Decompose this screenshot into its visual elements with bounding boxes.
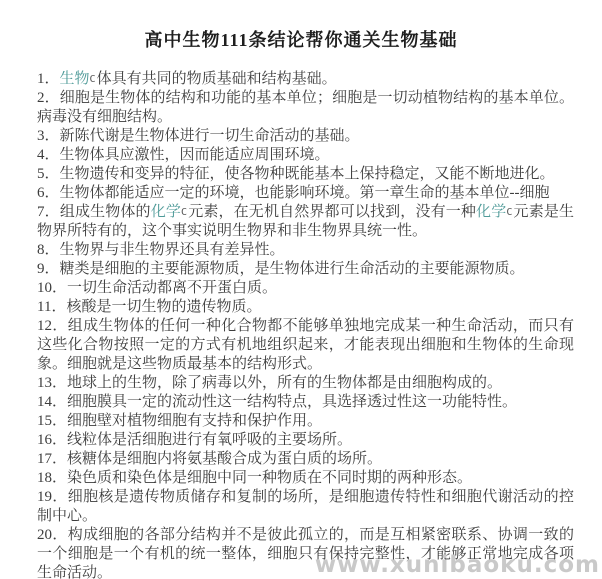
list-item-13: 13．地球上的生物，除了病毒以外，所有的生物体都是由细胞构成的。 xyxy=(37,374,574,393)
list-item-15: 15．细胞壁对植物细胞有支持和保护作用。 xyxy=(37,412,574,431)
keyword-link[interactable]: 生物 xyxy=(60,71,90,87)
item-text: 细胞核是遗传物质储存和复制的场所，是细胞遗传特性和细胞代谢活动的控制中心。 xyxy=(37,489,574,524)
list-item-16: 16．线粒体是活细胞进行有氧呼吸的主要场所。 xyxy=(37,431,574,450)
item-text: 组成生物体的任何一种化合物都不能够单独地完成某一种生命活动，而只有这些化合物按照… xyxy=(37,318,574,372)
keyword-link[interactable]: 化学 xyxy=(151,204,181,220)
item-text: 元素，在无机自然界都可以找到，没有一种 xyxy=(188,204,476,220)
keyword-link[interactable]: 化学 xyxy=(476,204,506,220)
item-number: 12． xyxy=(37,318,68,334)
item-text: 核酸是一切生物的遗传物质。 xyxy=(66,299,261,315)
item-number: 19． xyxy=(37,489,68,505)
item-number: 3． xyxy=(37,128,60,144)
item-text: 新陈代谢是生物体进行一切生命活动的基础。 xyxy=(60,128,360,144)
item-number: 6． xyxy=(37,185,60,201)
item-text: 细胞膜具一定的流动性这一结构特点，具选择透过性这一功能特性。 xyxy=(67,394,517,410)
item-number: 13． xyxy=(37,375,67,391)
list-item-17: 17．核糖体是细胞内将氨基酸合成为蛋白质的场所。 xyxy=(37,450,574,469)
list-item-11: 11．核酸是一切生物的遗传物质。 xyxy=(37,298,574,317)
list-item-1: 1．生物C体具有共同的物质基础和结构基础。 xyxy=(37,70,574,89)
list-item-6: 6．生物体都能适应一定的环境，也能影响环境。第一章生命的基本单位--细胞 xyxy=(37,184,574,203)
item-number: 10． xyxy=(37,280,67,296)
list-item-18: 18．染色质和染色体是细胞中同一种物质在不同时期的两种形态。 xyxy=(37,469,574,488)
item-number: 11． xyxy=(37,299,66,315)
item-text: 生物遗传和变异的特征，使各物种既能基本上保持稳定，又能不断地进化。 xyxy=(60,166,555,182)
item-text: 染色质和染色体是细胞中同一种物质在不同时期的两种形态。 xyxy=(67,470,472,486)
item-number: 7． xyxy=(37,204,60,220)
list-item-5: 5．生物遗传和变异的特征，使各物种既能基本上保持稳定，又能不断地进化。 xyxy=(37,165,574,184)
item-text: 组成生物体的 xyxy=(60,204,151,220)
item-number: 18． xyxy=(37,470,67,486)
item-number: 20． xyxy=(37,527,68,543)
conclusion-list: 1．生物C体具有共同的物质基础和结构基础。2．细胞是生物体的结构和功能的基本单位… xyxy=(37,70,574,579)
list-item-19: 19．细胞核是遗传物质储存和复制的场所，是细胞遗传特性和细胞代谢活动的控制中心。 xyxy=(37,488,574,526)
item-text: 生物体具应激性，因而能适应周围环境。 xyxy=(60,147,330,163)
list-item-10: 10．一切生命活动都离不开蛋白质。 xyxy=(37,279,574,298)
item-text: 糖类是细胞的主要能源物质，是生物体进行生命活动的主要能源物质。 xyxy=(60,261,525,277)
list-item-7: 7．组成生物体的化学C元素，在无机自然界都可以找到，没有一种化学C元素是生物界所… xyxy=(37,203,574,241)
item-text: 体具有共同的物质基础和结构基础。 xyxy=(97,71,337,87)
item-text: 生物体都能适应一定的环境，也能影响环境。第一章生命的基本单位--细胞 xyxy=(60,185,550,201)
item-text: 线粒体是活细胞进行有氧呼吸的主要场所。 xyxy=(67,432,352,448)
item-number: 1． xyxy=(37,71,60,87)
item-number: 8． xyxy=(37,242,60,258)
link-marker-icon: C xyxy=(506,207,512,218)
item-text: 细胞壁对植物细胞有支持和保护作用。 xyxy=(67,413,322,429)
item-number: 16． xyxy=(37,432,67,448)
item-number: 15． xyxy=(37,413,67,429)
item-text: 核糖体是细胞内将氨基酸合成为蛋白质的场所。 xyxy=(67,451,382,467)
list-item-3: 3．新陈代谢是生物体进行一切生命活动的基础。 xyxy=(37,127,574,146)
list-item-12: 12．组成生物体的任何一种化合物都不能够单独地完成某一种生命活动，而只有这些化合… xyxy=(37,317,574,374)
item-text: 细胞是生物体的结构和功能的基本单位；细胞是一切动植物结构的基本单位。病毒没有细胞… xyxy=(37,90,574,125)
document-page: 高中生物111条结论帮你通关生物基础 1．生物C体具有共同的物质基础和结构基础。… xyxy=(0,0,602,579)
item-number: 4． xyxy=(37,147,60,163)
item-text: 构成细胞的各部分结构并不是彼此孤立的，而是互相紧密联系、协调一致的一个细胞是一个… xyxy=(37,527,574,579)
item-number: 5． xyxy=(37,166,60,182)
list-item-20: 20．构成细胞的各部分结构并不是彼此孤立的，而是互相紧密联系、协调一致的一个细胞… xyxy=(37,526,574,579)
list-item-8: 8．生物界与非生物界还具有差异性。 xyxy=(37,241,574,260)
list-item-9: 9．糖类是细胞的主要能源物质，是生物体进行生命活动的主要能源物质。 xyxy=(37,260,574,279)
link-marker-icon: C xyxy=(181,207,187,218)
link-marker-icon: C xyxy=(90,74,96,85)
list-item-14: 14．细胞膜具一定的流动性这一结构特点，具选择透过性这一功能特性。 xyxy=(37,393,574,412)
item-number: 9． xyxy=(37,261,60,277)
list-item-2: 2．细胞是生物体的结构和功能的基本单位；细胞是一切动植物结构的基本单位。病毒没有… xyxy=(37,89,574,127)
item-text: 生物界与非生物界还具有差异性。 xyxy=(60,242,285,258)
item-number: 17． xyxy=(37,451,67,467)
item-number: 14． xyxy=(37,394,67,410)
item-text: 地球上的生物，除了病毒以外，所有的生物体都是由细胞构成的。 xyxy=(67,375,502,391)
page-title: 高中生物111条结论帮你通关生物基础 xyxy=(37,28,574,52)
list-item-4: 4．生物体具应激性，因而能适应周围环境。 xyxy=(37,146,574,165)
item-text: 一切生命活动都离不开蛋白质。 xyxy=(67,280,277,296)
item-number: 2． xyxy=(37,90,60,106)
